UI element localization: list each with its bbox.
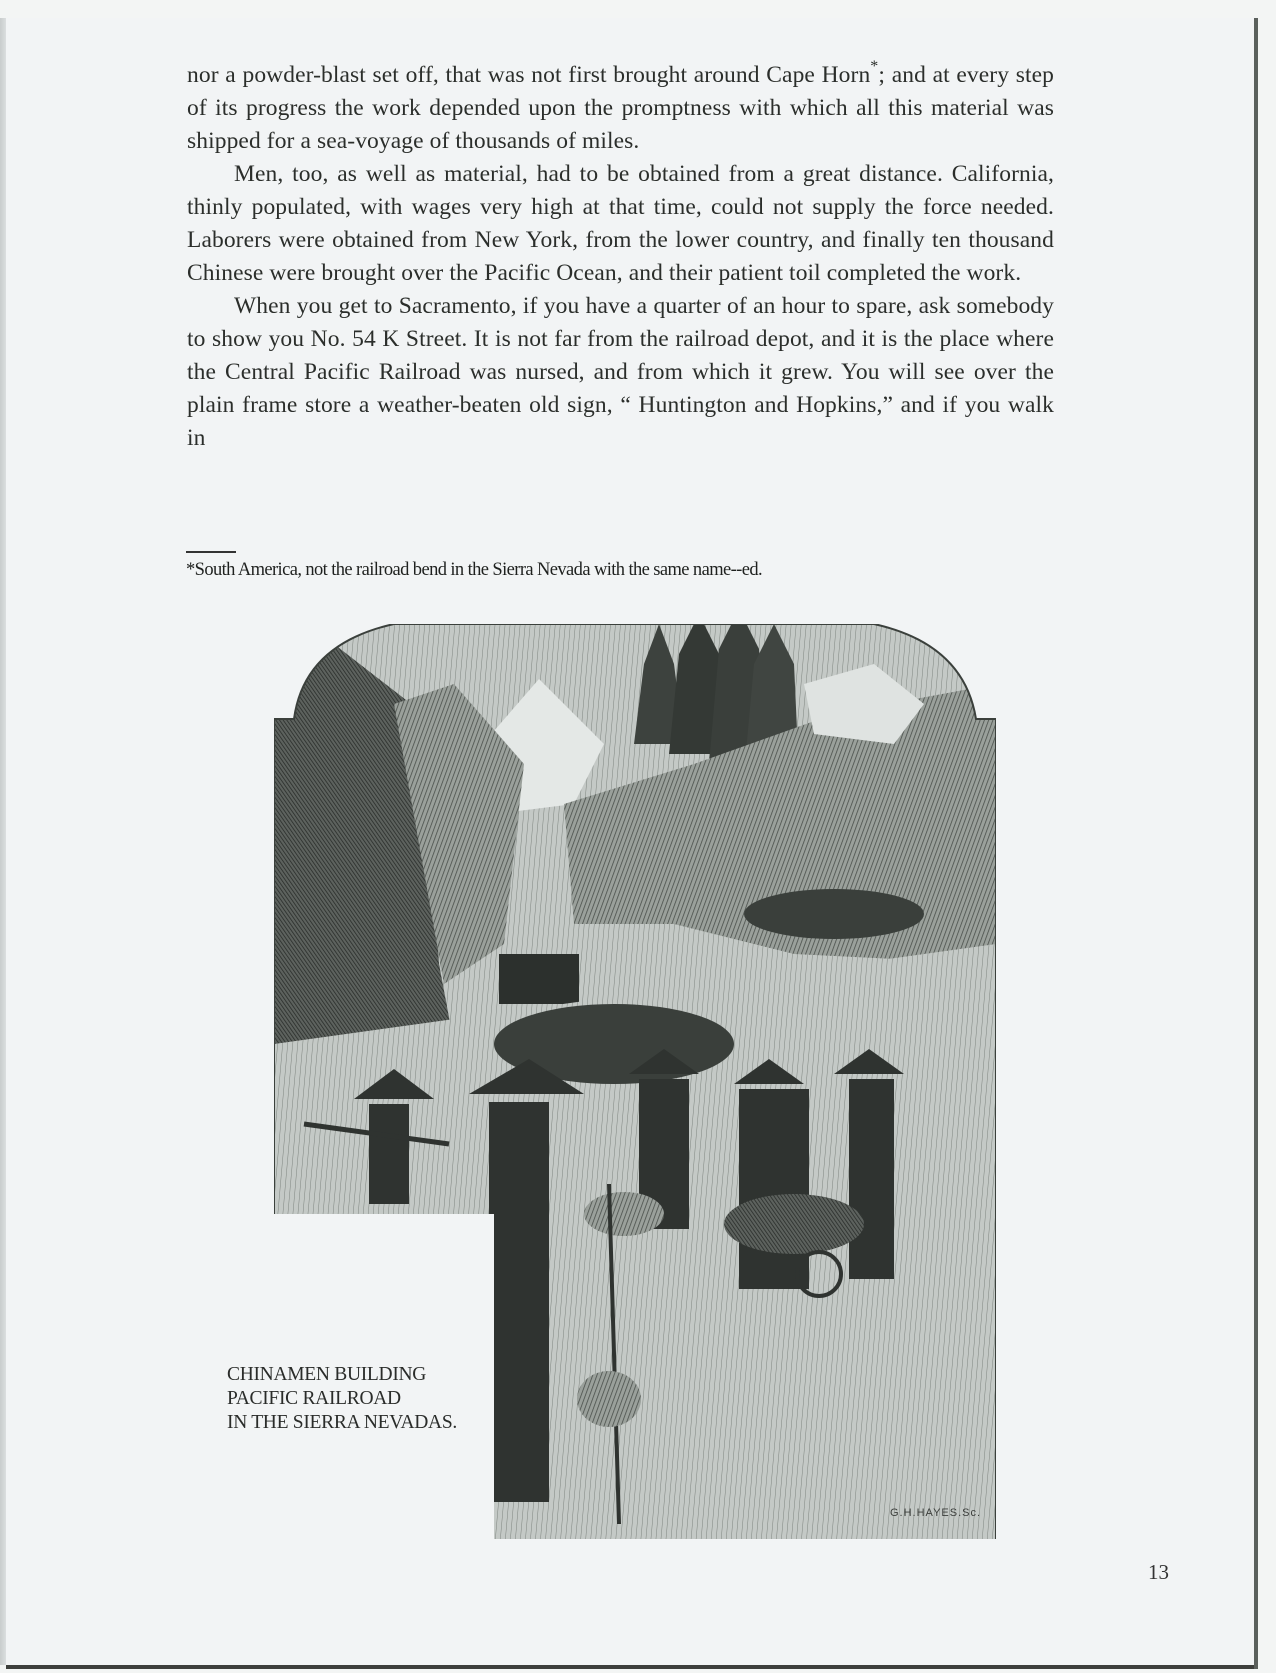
- body-text: nor a powder-blast set off, that was not…: [187, 52, 1054, 455]
- footnote: *South America, not the railroad bend in…: [186, 560, 762, 581]
- caption-line: IN THE SIERRA NEVADAS.: [227, 1411, 457, 1435]
- page-number: 13: [1148, 1560, 1169, 1585]
- caption-line: PACIFIC RAILROAD: [227, 1387, 457, 1411]
- paragraph-text: nor a powder-blast set off, that was not…: [187, 62, 870, 88]
- page-right-edge: [1254, 18, 1258, 1669]
- paragraph-3: When you get to Sacramento, if you have …: [187, 290, 1054, 455]
- caption-line: CHINAMEN BUILDING: [227, 1363, 457, 1387]
- footnote-divider: [186, 551, 236, 553]
- footnote-marker[interactable]: *: [870, 58, 878, 75]
- engraver-credit: G.H.HAYES.Sc.: [890, 1507, 981, 1519]
- paragraph-1: nor a powder-blast set off, that was not…: [187, 52, 1054, 158]
- paragraph-2: Men, too, as well as material, had to be…: [187, 158, 1054, 290]
- illustration-caption: CHINAMEN BUILDING PACIFIC RAILROAD IN TH…: [227, 1363, 457, 1435]
